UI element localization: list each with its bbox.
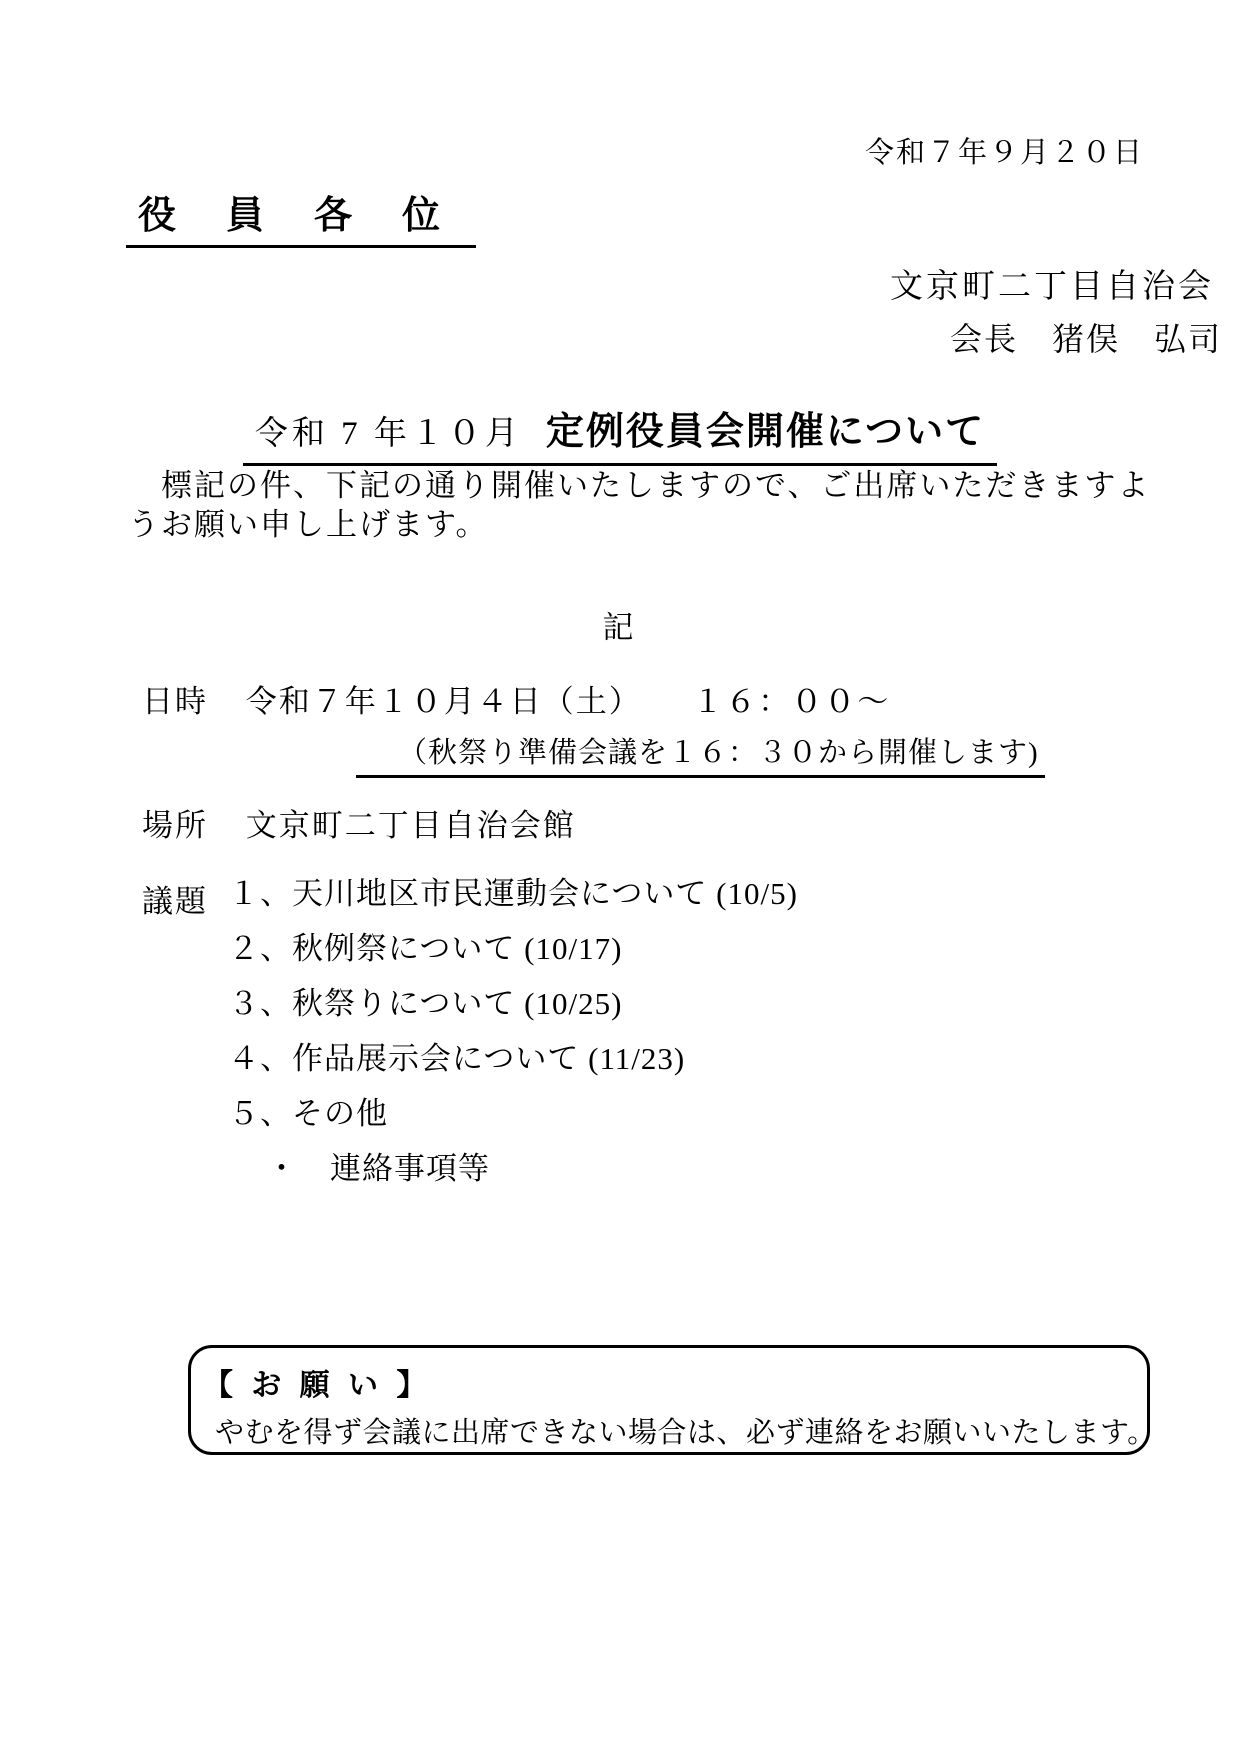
datetime-label: 日時 — [142, 676, 208, 721]
agenda-item: ２、秋例祭について (10/17) — [228, 921, 798, 976]
document-title-underline: 令和 7 年１０月 定例役員会開催について — [243, 400, 997, 466]
record-marker: 記 — [0, 602, 1240, 647]
place-value: 文京町二丁目自治会館 — [246, 800, 576, 845]
place-label: 場所 — [142, 800, 208, 845]
agenda-item: ３、秋祭りについて (10/25) — [228, 976, 798, 1031]
notice-body: やむを得ず会議に出席できない場合は、必ず連絡をお願いいたします。 — [215, 1410, 1147, 1451]
document-title: 令和 7 年１０月 定例役員会開催について — [0, 400, 1240, 466]
place-row: 場所 文京町二丁目自治会館 — [142, 800, 576, 845]
body-paragraph: 標記の件、下記の通り開催いたしますので、ご出席いただきますよ うお願い申し上げま… — [128, 466, 1150, 544]
chairman-name: 会長 猪俣 弘司 — [950, 314, 1222, 360]
body-paragraph-line1: 標記の件、下記の通り開催いたしますので、ご出席いただきますよ — [128, 466, 1150, 505]
agenda-item: １、天川地区市民運動会について (10/5) — [228, 866, 798, 921]
document-page: 令和７年９月２０日 役 員 各 位 文京町二丁目自治会 会長 猪俣 弘司 令和 … — [0, 0, 1240, 1754]
notice-title: 【 お 願 い 】 — [203, 1360, 1147, 1404]
organization-name: 文京町二丁目自治会 — [890, 260, 1214, 307]
notice-box: 【 お 願 い 】 やむを得ず会議に出席できない場合は、必ず連絡をお願いいたしま… — [188, 1345, 1150, 1455]
agenda-list: １、天川地区市民運動会について (10/5) ２、秋例祭について (10/17)… — [228, 866, 798, 1196]
document-title-prefix: 令和 7 年１０月 — [255, 416, 522, 452]
datetime-row: 日時 令和７年１０月４日（土） １６：００～ — [142, 676, 890, 721]
agenda-item: ５、その他 — [228, 1086, 798, 1141]
agenda-item: ４、作品展示会について (11/23) — [228, 1031, 798, 1086]
document-title-main: 定例役員会開催について — [546, 411, 985, 453]
issue-date: 令和７年９月２０日 — [865, 130, 1144, 171]
agenda-label: 議題 — [142, 876, 208, 921]
datetime-note-text: （秋祭り準備会議を１６：３０から開催します) — [356, 730, 1045, 778]
body-paragraph-line2: うお願い申し上げます。 — [128, 505, 1150, 544]
datetime-note: （秋祭り準備会議を１６：３０から開催します) — [356, 730, 1045, 778]
datetime-value: 令和７年１０月４日（土） １６：００～ — [246, 676, 891, 721]
agenda-sub-item: ・ 連絡事項等 — [266, 1141, 798, 1196]
recipient-line: 役 員 各 位 — [126, 184, 476, 248]
